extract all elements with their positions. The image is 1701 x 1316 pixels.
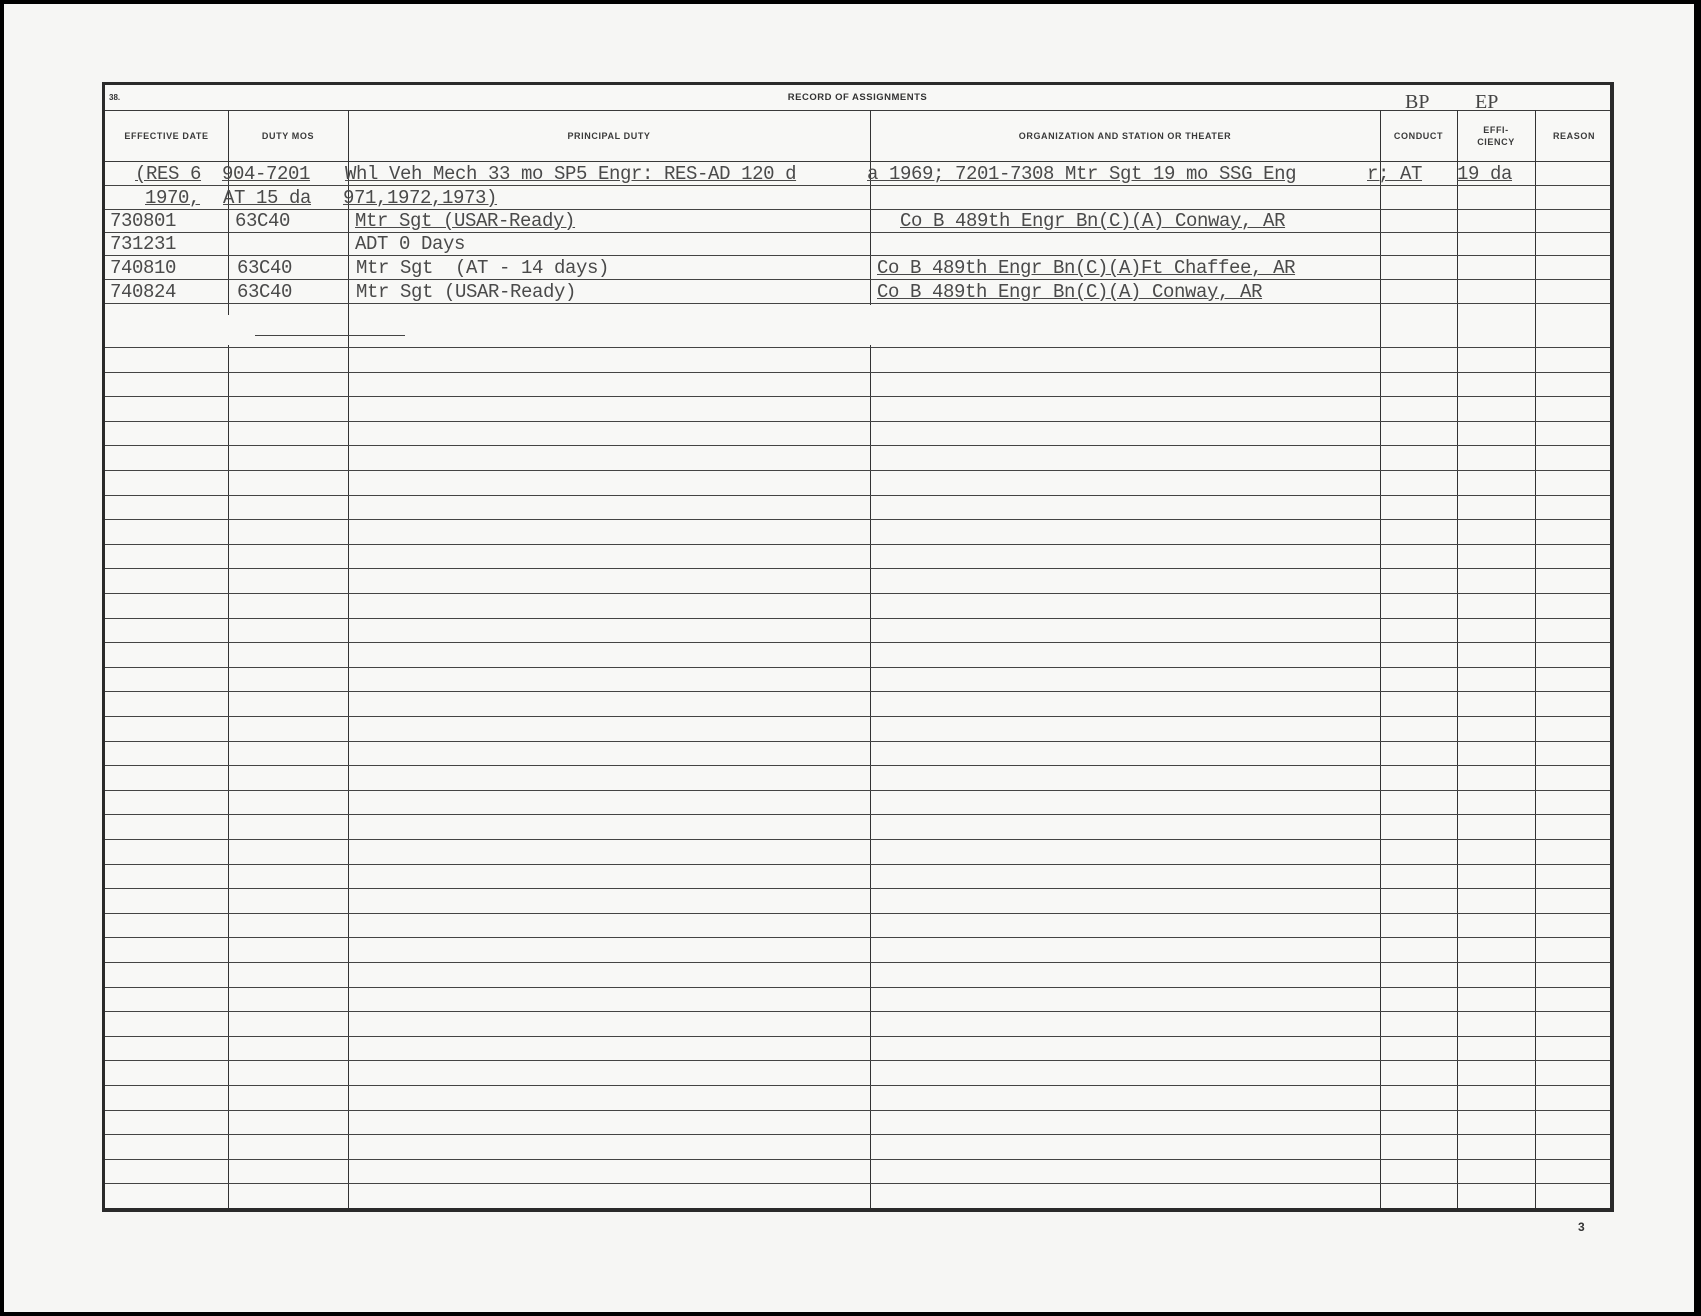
- remarks-line-1-seg4: a 1969; 7201-7308 Mtr Sgt 19 mo SSG Eng: [867, 163, 1296, 185]
- blank-row-line: [105, 790, 1610, 791]
- row-2-principal-duty: ADT 0 Days: [355, 233, 465, 255]
- remarks-line-2-seg1: 1970,: [145, 187, 200, 209]
- blank-row-line: [105, 839, 1610, 840]
- blank-row-line: [105, 372, 1610, 373]
- remarks-line-2-seg3: 971,1972,1973): [343, 187, 497, 209]
- form-title: RECORD OF ASSIGNMENTS: [105, 92, 1610, 103]
- blank-row-line: [105, 888, 1610, 889]
- blank-row-line: [105, 544, 1610, 545]
- blank-row-line: [105, 618, 1610, 619]
- blank-row-line: [105, 642, 1610, 643]
- blank-row-line: [105, 913, 1610, 914]
- blank-row-line: [105, 519, 1610, 520]
- blank-row-line: [105, 741, 1610, 742]
- blank-row-line: [105, 396, 1610, 397]
- column-divider: [348, 110, 349, 1208]
- row-line: [105, 232, 1610, 233]
- blank-row-line: [105, 421, 1610, 422]
- blank-row-line: [105, 495, 1610, 496]
- blank-row-line: [105, 1183, 1610, 1184]
- blank-row-line: [105, 1159, 1610, 1160]
- blank-row-line: [105, 667, 1610, 668]
- blank-row-line: [105, 347, 1610, 348]
- header-conduct: CONDUCT: [1380, 110, 1457, 161]
- column-divider: [1535, 110, 1536, 1208]
- row-4-organization: Co B 489th Engr Bn(C)(A) Conway, AR: [877, 281, 1262, 303]
- column-divider-stub: [348, 305, 349, 345]
- remarks-line-1-seg1: (RES 6: [135, 163, 201, 185]
- remarks-line-2-seg2: AT 15 da: [223, 187, 311, 209]
- row-3-organization: Co B 489th Engr Bn(C)(A)Ft Chaffee, AR: [877, 257, 1295, 279]
- row-2-effective-date: 731231: [110, 233, 176, 255]
- row-line: [105, 209, 1610, 210]
- form-title-row: 38. RECORD OF ASSIGNMENTS BP EP: [105, 85, 1610, 111]
- header-duty-mos: DUTY MOS: [228, 110, 348, 161]
- blank-row-line: [105, 1036, 1610, 1037]
- row-line-fragment: [255, 335, 405, 336]
- blank-row-line: [105, 691, 1610, 692]
- row-3-effective-date: 740810: [110, 257, 176, 279]
- blank-row-line: [105, 593, 1610, 594]
- row-1-duty-mos: 63C40: [235, 210, 290, 232]
- remarks-line-1-seg2: 904-7201: [222, 163, 310, 185]
- blank-row-line: [105, 470, 1610, 471]
- header-efficiency: EFFI-CIENCY: [1457, 110, 1535, 161]
- remarks-line-1-seg6: 19 da: [1457, 163, 1512, 185]
- document-page: 38. RECORD OF ASSIGNMENTS BP EP EFFECTIV…: [4, 4, 1694, 1312]
- record-of-assignments-form: 38. RECORD OF ASSIGNMENTS BP EP EFFECTIV…: [102, 82, 1614, 1212]
- blank-row-line: [105, 1011, 1610, 1012]
- blank-row-line: [105, 1060, 1610, 1061]
- row-3-principal-duty: Mtr Sgt (AT - 14 days): [356, 257, 609, 279]
- header-effective-date: EFFECTIVE DATE: [105, 110, 228, 161]
- row-4-effective-date: 740824: [110, 281, 176, 303]
- column-divider: [228, 110, 229, 1208]
- row-line: [105, 185, 1610, 186]
- row-line: [105, 279, 1610, 280]
- blank-row-line: [105, 765, 1610, 766]
- row-line: [105, 255, 1610, 256]
- blank-row-line: [105, 1085, 1610, 1086]
- column-divider: [1380, 110, 1381, 1208]
- blank-row-line: [105, 568, 1610, 569]
- blank-row-line: [105, 937, 1610, 938]
- blank-row-line: [105, 987, 1610, 988]
- blank-row-line: [105, 445, 1610, 446]
- header-reason: REASON: [1535, 110, 1613, 161]
- row-line: [105, 303, 1610, 304]
- header-principal-duty: PRINCIPAL DUTY: [348, 110, 870, 161]
- blank-row-line: [105, 1134, 1610, 1135]
- blank-row-line: [105, 716, 1610, 717]
- row-1-principal-duty: Mtr Sgt (USAR-Ready): [355, 210, 575, 232]
- erased-region: [105, 305, 1375, 345]
- column-header-row: EFFECTIVE DATE DUTY MOS PRINCIPAL DUTY O…: [105, 110, 1610, 162]
- column-divider-stub: [228, 305, 229, 315]
- row-3-duty-mos: 63C40: [237, 257, 292, 279]
- column-divider: [1457, 110, 1458, 1208]
- blank-row-line: [105, 1110, 1610, 1111]
- header-organization: ORGANIZATION AND STATION OR THEATER: [870, 110, 1380, 161]
- blank-row-line: [105, 962, 1610, 963]
- remarks-line-1-seg5: r; AT: [1367, 163, 1422, 185]
- column-divider: [870, 110, 871, 1208]
- remarks-line-1-seg3: Whl Veh Mech 33 mo SP5 Engr: RES-AD 120 …: [345, 163, 796, 185]
- blank-row-line: [105, 814, 1610, 815]
- blank-row-line: [105, 864, 1610, 865]
- row-4-duty-mos: 63C40: [237, 281, 292, 303]
- row-1-organization: Co B 489th Engr Bn(C)(A) Conway, AR: [900, 210, 1285, 232]
- page-number: 3: [1578, 1220, 1585, 1234]
- row-4-principal-duty: Mtr Sgt (USAR-Ready): [356, 281, 576, 303]
- row-1-effective-date: 730801: [110, 210, 176, 232]
